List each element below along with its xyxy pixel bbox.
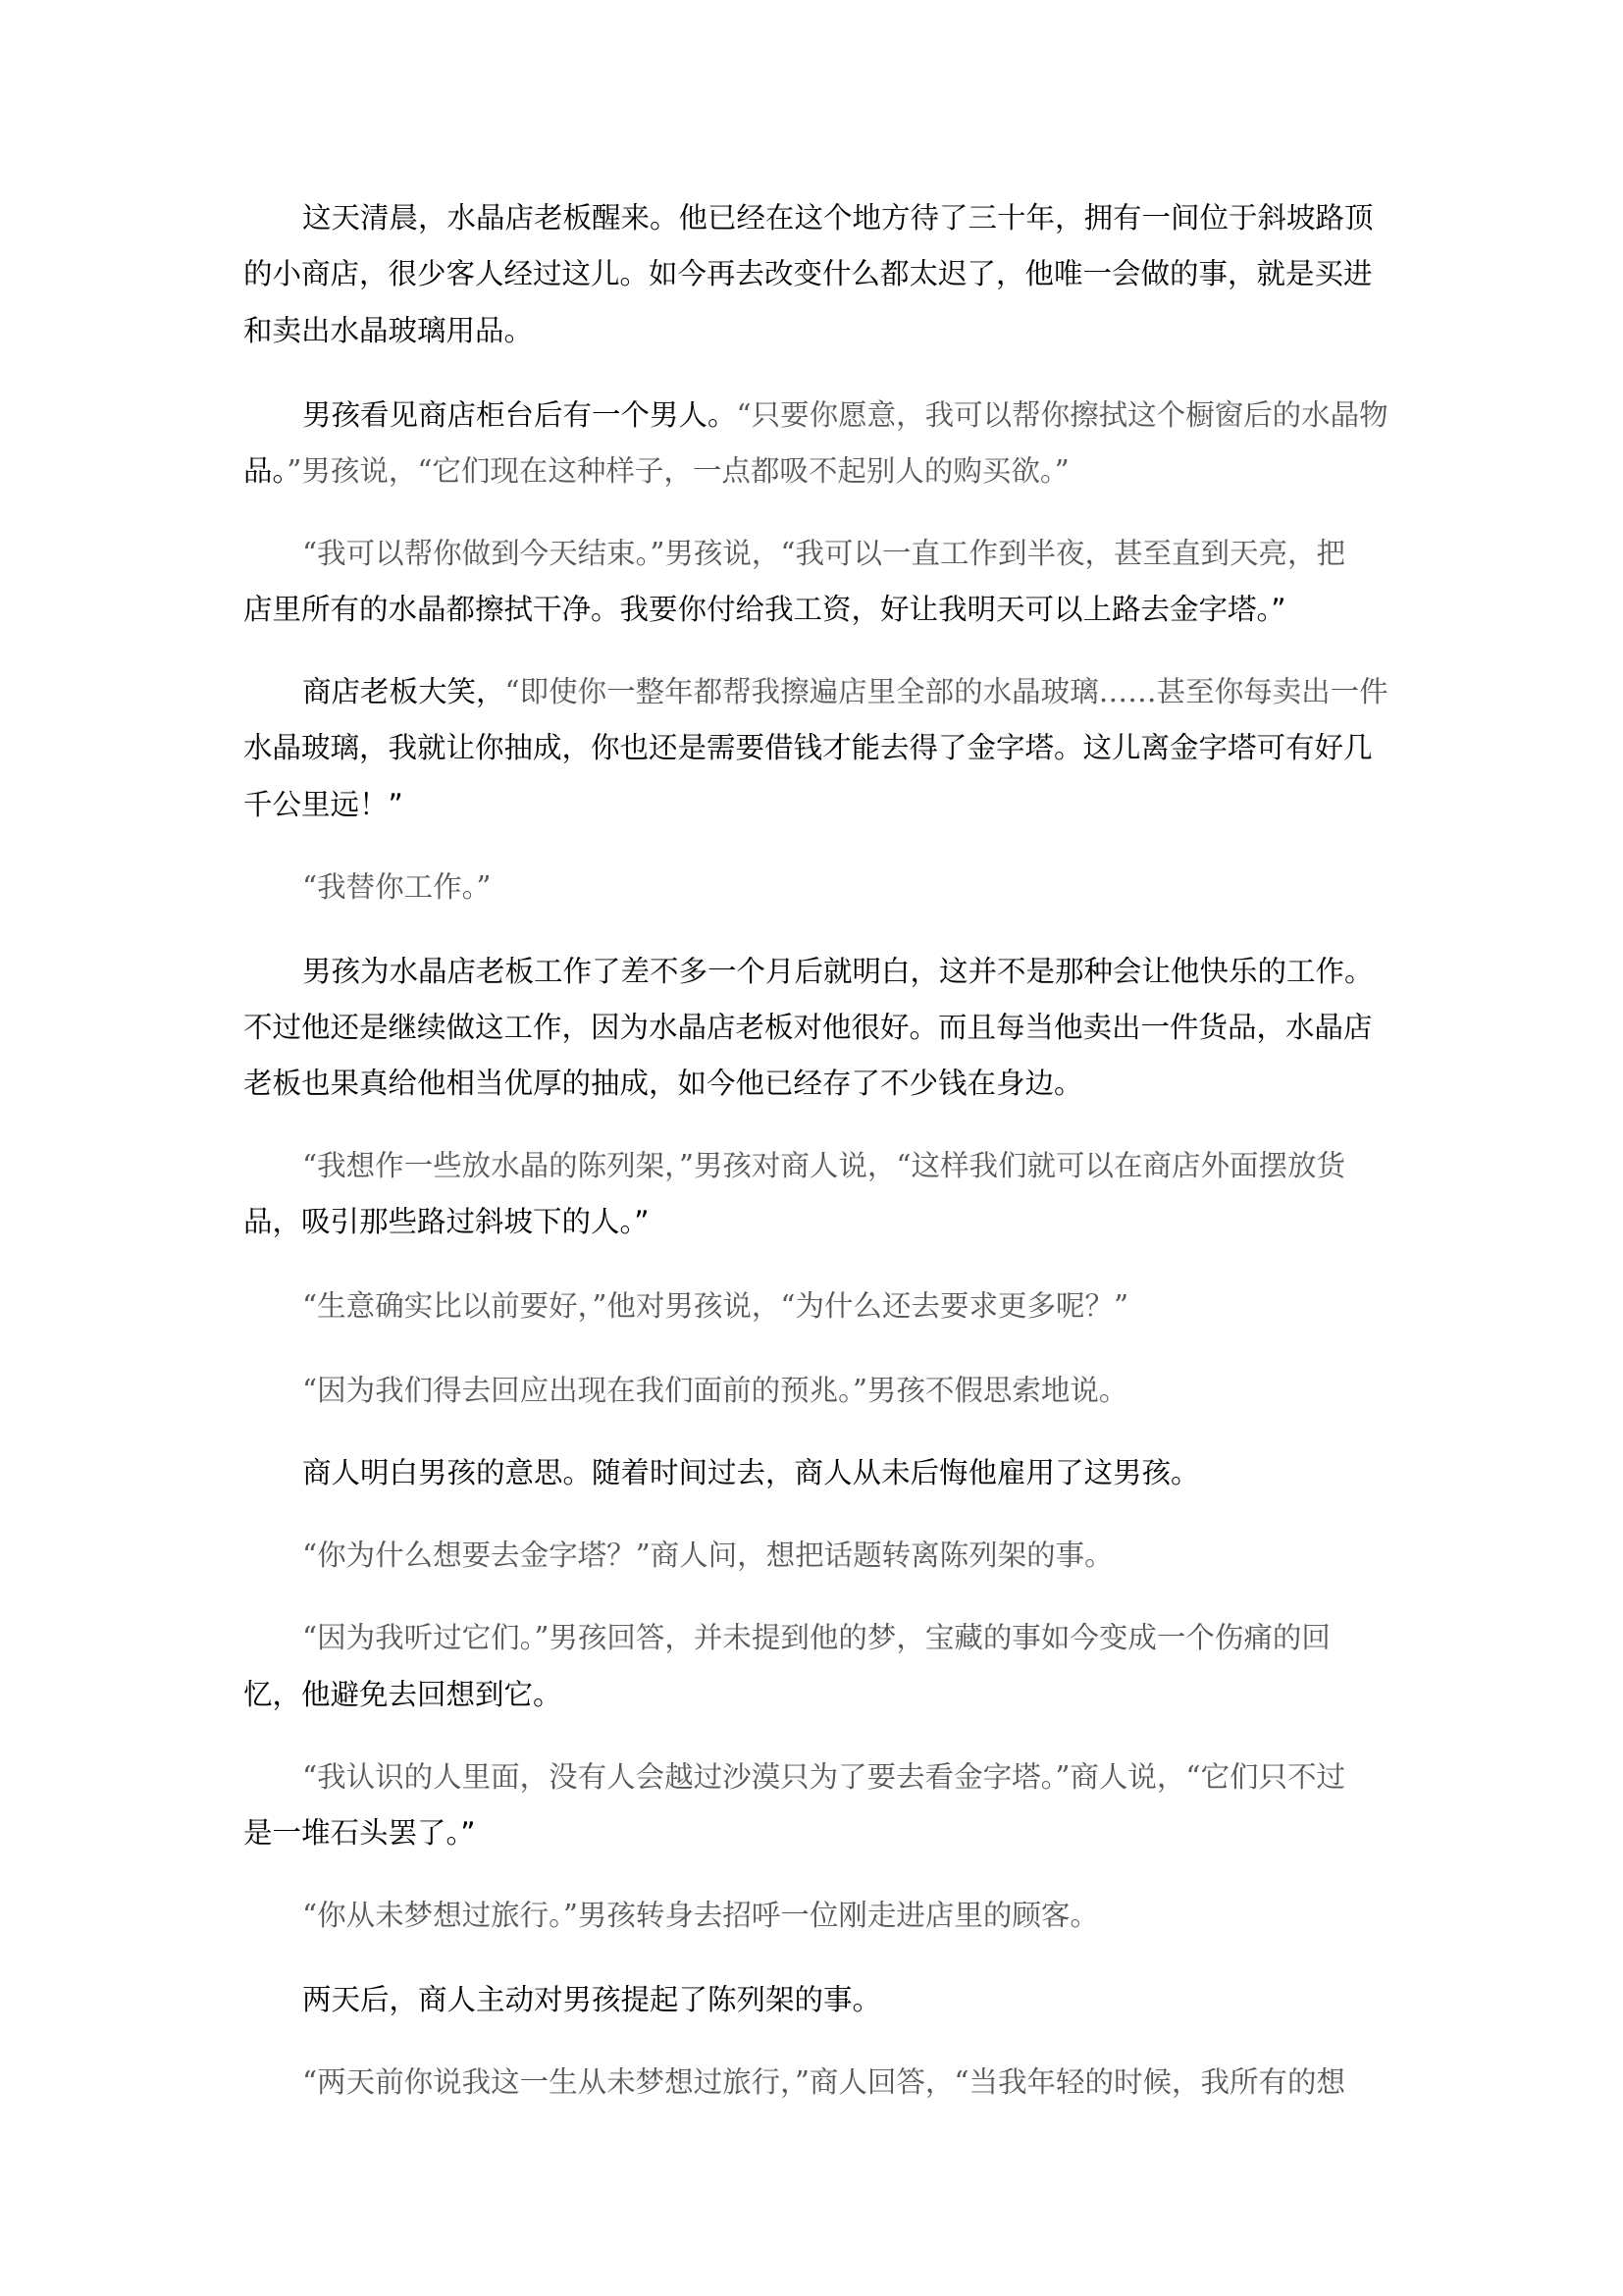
narrative-text: 商店老板大笑， bbox=[302, 675, 505, 708]
text-line: “我替你工作。” bbox=[302, 867, 1431, 907]
text-line: 不过他还是继续做这工作，因为水晶店老板对他很好。而且每当他卖出一件货品，水晶店 bbox=[243, 1008, 1372, 1047]
narrative-text: 商人明白男孩的意思。随着时间过去，商人从未后悔他雇用了这男孩。 bbox=[302, 1456, 1200, 1489]
narrative-text: 忆，他避免去回想到它。 bbox=[243, 1678, 562, 1711]
text-line: “你从未梦想过旅行。”男孩转身去招呼一位刚走进店里的顾客。 bbox=[302, 1896, 1431, 1935]
text-line: 的小商店，很少客人经过这儿。如今再去改变什么都太迟了，他唯一会做的事，就是买进 bbox=[243, 254, 1372, 293]
text-line: 商店老板大笑，“即使你一整年都帮我擦遍店里全部的水晶玻璃……甚至你每卖出一件 bbox=[302, 672, 1431, 711]
narrative-text: 和卖出水晶玻璃用品。 bbox=[243, 314, 533, 347]
narrative-text: 千公里远！” bbox=[243, 788, 403, 821]
text-line: 品。”男孩说，“它们现在这种样子，一点都吸不起别人的购买欲。” bbox=[243, 451, 1372, 491]
dialogue-text: “我想作一些放水晶的陈列架，”男孩对商人说，“这样我们就可以在商店外面摆放货 bbox=[302, 1149, 1345, 1182]
text-line: “生意确实比以前要好，”他对男孩说，“为什么还去要求更多呢？” bbox=[302, 1286, 1431, 1326]
narrative-text: 的小商店，很少客人经过这儿。如今再去改变什么都太迟了，他唯一会做的事，就是买进 bbox=[243, 257, 1373, 290]
text-line: “因为我们得去回应出现在我们面前的预兆。”男孩不假思索地说。 bbox=[302, 1371, 1431, 1410]
narrative-text: 水晶玻璃，我就让你抽成，你也还是需要借钱才能去得了金字塔。这儿离金字塔可有好几 bbox=[243, 731, 1373, 764]
text-line: 是一堆石头罢了。” bbox=[243, 1813, 1372, 1852]
text-line: “因为我听过它们。”男孩回答，并未提到他的梦，宝藏的事如今变成一个伤痛的回 bbox=[302, 1618, 1431, 1657]
text-line: “你为什么想要去金字塔？”商人问，想把话题转离陈列架的事。 bbox=[302, 1536, 1431, 1575]
dialogue-text: “生意确实比以前要好，”他对男孩说，“为什么还去要求更多呢？” bbox=[302, 1289, 1128, 1323]
text-line: 店里所有的水晶都擦拭干净。我要你付给我工资，好让我明天可以上路去金字塔。” bbox=[243, 590, 1372, 629]
text-line: 忆，他避免去回想到它。 bbox=[243, 1675, 1372, 1714]
narrative-text: 不过他还是继续做这工作，因为水晶店老板对他很好。而且每当他卖出一件货品，水晶店 bbox=[243, 1011, 1373, 1044]
dialogue-text: “两天前你说我这一生从未梦想过旅行，”商人回答，“当我年轻的时候，我所有的想 bbox=[302, 2065, 1345, 2099]
text-line: 品，吸引那些路过斜坡下的人。” bbox=[243, 1202, 1372, 1241]
document-page: 这天清晨，水晶店老板醒来。他已经在这个地方待了三十年，拥有一间位于斜坡路顶的小商… bbox=[0, 0, 1623, 2296]
dialogue-text: “因为我听过它们。”男孩回答，并未提到他的梦，宝藏的事如今变成一个伤痛的回 bbox=[302, 1621, 1331, 1654]
narrative-text: 是一堆石头罢了。” bbox=[243, 1816, 476, 1850]
dialogue-text: ”男孩说，“它们现在这种样子，一点都吸不起别人的购买欲。” bbox=[287, 454, 1070, 488]
text-line: 和卖出水晶玻璃用品。 bbox=[243, 311, 1372, 350]
narrative-text: 男孩看见商店柜台后有一个男人。 bbox=[302, 398, 737, 432]
dialogue-text: “因为我们得去回应出现在我们面前的预兆。”男孩不假思索地说。 bbox=[302, 1374, 1127, 1407]
text-line: 男孩为水晶店老板工作了差不多一个月后就明白，这并不是那种会让他快乐的工作。 bbox=[302, 952, 1431, 991]
text-line: 两天后，商人主动对男孩提起了陈列架的事。 bbox=[302, 1980, 1431, 2019]
dialogue-text: “你从未梦想过旅行。”男孩转身去招呼一位刚走进店里的顾客。 bbox=[302, 1899, 1099, 1932]
dialogue-text: “只要你愿意，我可以帮你擦拭这个橱窗后的水晶物 bbox=[737, 398, 1388, 432]
dialogue-text: “即使你一整年都帮我擦遍店里全部的水晶玻璃……甚至你每卖出一件 bbox=[505, 675, 1388, 708]
text-line: 商人明白男孩的意思。随着时间过去，商人从未后悔他雇用了这男孩。 bbox=[302, 1453, 1431, 1492]
text-line: 男孩看见商店柜台后有一个男人。“只要你愿意，我可以帮你擦拭这个橱窗后的水晶物 bbox=[302, 395, 1431, 435]
dialogue-text: “我替你工作。” bbox=[302, 870, 491, 904]
dialogue-text: “我可以帮你做到今天结束。”男孩说，“我可以一直工作到半夜，甚至直到天亮，把 bbox=[302, 537, 1345, 570]
text-line: “两天前你说我这一生从未梦想过旅行，”商人回答，“当我年轻的时候，我所有的想 bbox=[302, 2062, 1431, 2102]
narrative-text: 两天后，商人主动对男孩提起了陈列架的事。 bbox=[302, 1983, 881, 2016]
text-line: 千公里远！” bbox=[243, 785, 1372, 824]
text-line: 老板也果真给他相当优厚的抽成，如今他已经存了不少钱在身边。 bbox=[243, 1064, 1372, 1103]
narrative-text: 品，吸引那些路过斜坡下的人。” bbox=[243, 1205, 650, 1238]
text-line: “我认识的人里面，没有人会越过沙漠只为了要去看金字塔。”商人说，“它们只不过 bbox=[302, 1757, 1431, 1797]
dialogue-text: “你为什么想要去金字塔？”商人问，想把话题转离陈列架的事。 bbox=[302, 1539, 1114, 1572]
text-line: “我可以帮你做到今天结束。”男孩说，“我可以一直工作到半夜，甚至直到天亮，把 bbox=[302, 534, 1431, 573]
narrative-text: 店里所有的水晶都擦拭干净。我要你付给我工资，好让我明天可以上路去金字塔。” bbox=[243, 593, 1286, 626]
text-line: 水晶玻璃，我就让你抽成，你也还是需要借钱才能去得了金字塔。这儿离金字塔可有好几 bbox=[243, 728, 1372, 767]
narrative-text: 这天清晨，水晶店老板醒来。他已经在这个地方待了三十年，拥有一间位于斜坡路顶 bbox=[302, 201, 1374, 235]
narrative-text: 老板也果真给他相当优厚的抽成，如今他已经存了不少钱在身边。 bbox=[243, 1067, 1083, 1100]
narrative-text: 男孩为水晶店老板工作了差不多一个月后就明白，这并不是那种会让他快乐的工作。 bbox=[302, 955, 1374, 988]
dialogue-text: “我认识的人里面，没有人会越过沙漠只为了要去看金字塔。”商人说，“它们只不过 bbox=[302, 1760, 1345, 1794]
text-line: 这天清晨，水晶店老板醒来。他已经在这个地方待了三十年，拥有一间位于斜坡路顶 bbox=[302, 198, 1431, 237]
text-line: “我想作一些放水晶的陈列架，”男孩对商人说，“这样我们就可以在商店外面摆放货 bbox=[302, 1146, 1431, 1185]
narrative-text: 品。 bbox=[243, 454, 287, 488]
